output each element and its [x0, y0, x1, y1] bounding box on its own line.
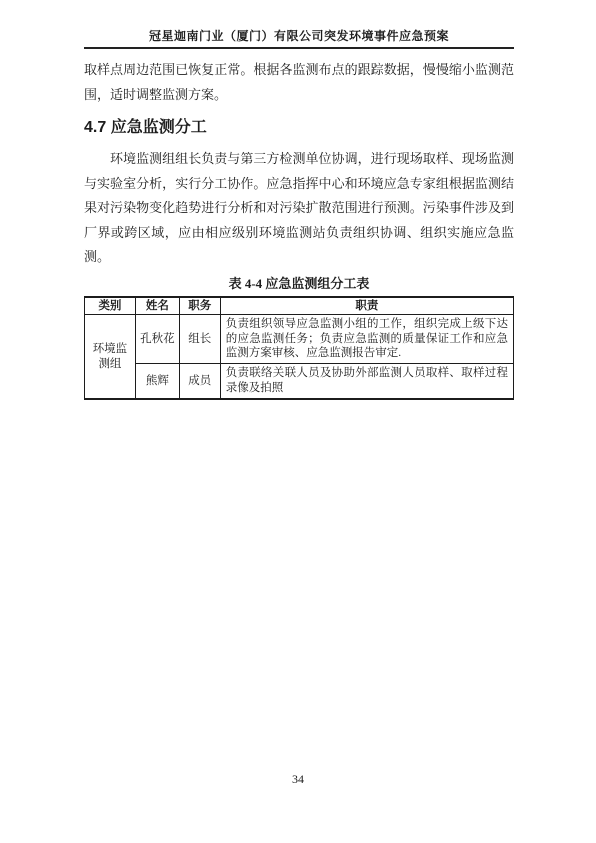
- duty-table: 类别 姓名 职务 职责 环境监测组 孔秋花 组长 负责组织领导应急监测小组的工作…: [84, 296, 514, 401]
- table-header-row: 类别 姓名 职务 职责: [85, 297, 514, 315]
- header-cell-role: 职务: [179, 297, 220, 315]
- cell-duty: 负责组织领导应急监测小组的工作，组织完成上级下达的应急监测任务；负责应急监测的质…: [220, 315, 513, 364]
- page-number: 34: [0, 772, 596, 787]
- paragraph-monitoring-continuation: 取样点周边范围已恢复正常。根据各监测布点的跟踪数据，慢慢缩小监测范围，适时调整监…: [84, 58, 514, 107]
- duty-table-body: 环境监测组 孔秋花 组长 负责组织领导应急监测小组的工作，组织完成上级下达的应急…: [85, 315, 514, 400]
- cell-name: 熊辉: [135, 363, 179, 399]
- duty-table-header: 类别 姓名 职务 职责: [85, 297, 514, 315]
- cell-role: 成员: [179, 363, 220, 399]
- header-cell-category: 类别: [85, 297, 136, 315]
- page-header-title: 冠星迦南门业（厦门）有限公司突发环境事件应急预案: [84, 0, 514, 49]
- table-row: 熊辉 成员 负责联络关联人员及协助外部监测人员取样、取样过程录像及拍照: [85, 363, 514, 399]
- page-content: 冠星迦南门业（厦门）有限公司突发环境事件应急预案 取样点周边范围已恢复正常。根据…: [84, 0, 514, 400]
- cell-group-label: 环境监测组: [85, 315, 136, 400]
- document-page: 冠星迦南门业（厦门）有限公司突发环境事件应急预案 取样点周边范围已恢复正常。根据…: [0, 0, 596, 843]
- table-row: 环境监测组 孔秋花 组长 负责组织领导应急监测小组的工作，组织完成上级下达的应急…: [85, 315, 514, 364]
- header-cell-duty: 职责: [220, 297, 513, 315]
- table-caption: 表 4-4 应急监测组分工表: [84, 275, 514, 293]
- cell-name: 孔秋花: [135, 315, 179, 364]
- paragraph-monitoring-division: 环境监测组组长负责与第三方检测单位协调，进行现场取样、现场监测与实验室分析，实行…: [84, 147, 514, 270]
- cell-duty: 负责联络关联人员及协助外部监测人员取样、取样过程录像及拍照: [220, 363, 513, 399]
- section-heading-4-7: 4.7 应急监测分工: [84, 116, 514, 140]
- cell-role: 组长: [179, 315, 220, 364]
- header-cell-name: 姓名: [135, 297, 179, 315]
